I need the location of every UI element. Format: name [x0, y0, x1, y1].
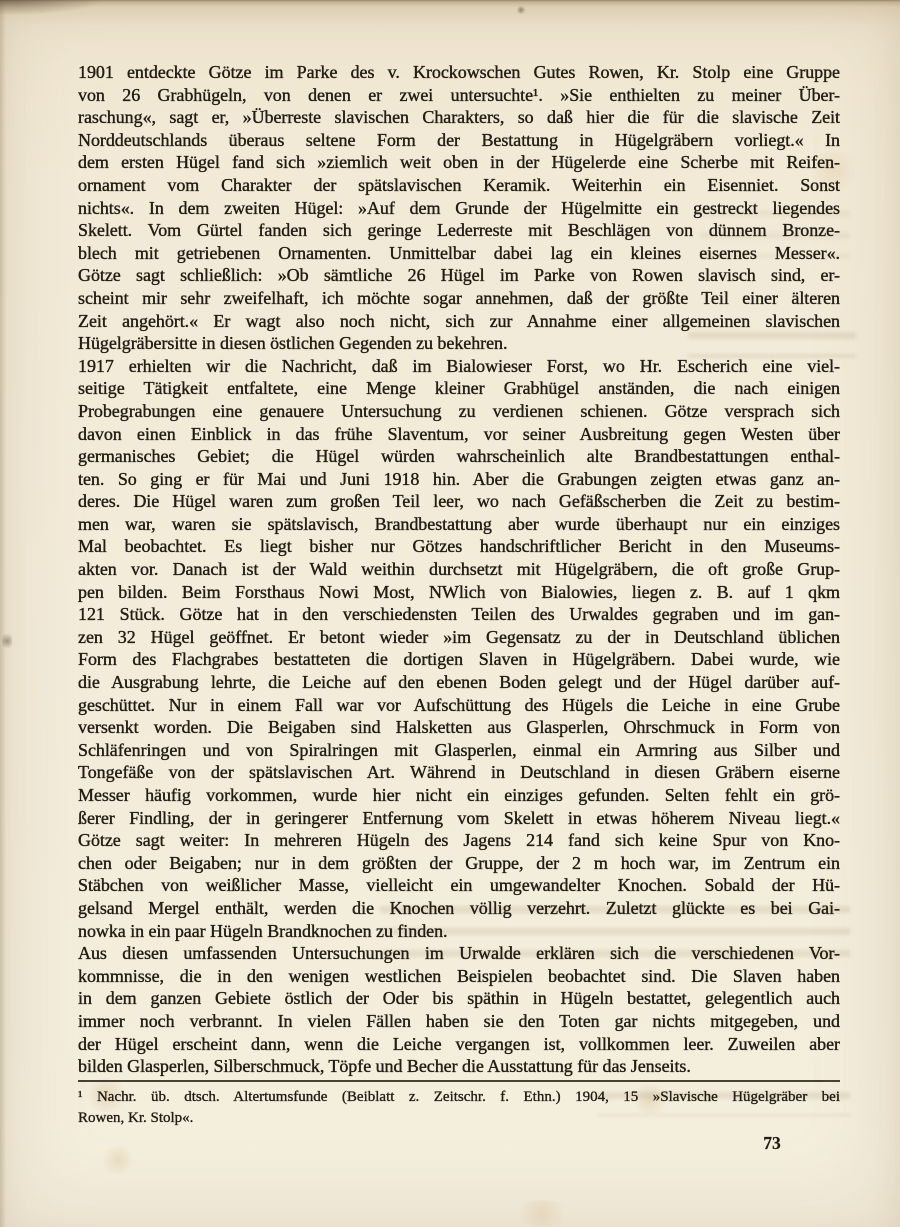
text-line: Zeit angehört.« Er wagt also noch nicht,…	[78, 310, 840, 333]
text-line: 121 Stück. Götze hat in den verschiedens…	[78, 603, 840, 626]
text-line: geschüttet. Nur in einem Fall war vor Au…	[78, 694, 840, 717]
text-line: Tongefäße von der spätslavischen Art. Wä…	[78, 761, 840, 784]
text-line: bilden Glasperlen, Silberschmuck, Töpfe …	[78, 1055, 840, 1078]
text-line: raschung«, sagt er, »Überreste slavische…	[78, 106, 840, 129]
text-line: davon einen Einblick in das frühe Slaven…	[78, 423, 840, 446]
text-line: deres. Die Hügel waren zum großen Teil l…	[78, 490, 840, 513]
text-line: blech mit getriebenen Ornamenten. Unmitt…	[78, 242, 840, 265]
text-line: zen 32 Hügel geöffnet. Er betont wieder …	[78, 626, 840, 649]
text-line: die Ausgrabung lehrte, die Leiche auf de…	[78, 671, 840, 694]
text-line: ten. So ging er für Mai und Juni 1918 hi…	[78, 468, 840, 491]
text-line: germanisches Gebiet; die Hügel würden wa…	[78, 445, 840, 468]
text-line: Götze sagt weiter: In mehreren Hügeln de…	[78, 829, 840, 852]
text-line: Rowen, Kr. Stolp«.	[78, 1108, 840, 1129]
text-line: men war, waren sie spätslavisch, Brandbe…	[78, 513, 840, 536]
text-line: gelsand Mergel enthält, werden die Knoch…	[78, 897, 840, 920]
paragraph-conclusion: Aus diesen umfassenden Untersuchungen im…	[78, 942, 840, 1078]
text-line: Probegrabungen eine genauere Untersuchun…	[78, 400, 840, 423]
scanned-book-page: 1901 entdeckte Götze im Parke des v. Kro…	[0, 0, 900, 1227]
text-line: chen oder Beigaben; nur in dem größten d…	[78, 852, 840, 875]
text-line: Aus diesen umfassenden Untersuchungen im…	[78, 942, 840, 965]
footnote-separator-rule	[78, 1080, 840, 1082]
body-text-column: 1901 entdeckte Götze im Parke des v. Kro…	[78, 61, 840, 1078]
text-line: immer noch verbrannt. In vielen Fällen h…	[78, 1010, 840, 1033]
text-line: von 26 Grabhügeln, von denen er zwei unt…	[78, 84, 840, 107]
text-line: ornament vom Charakter der spätslavische…	[78, 174, 840, 197]
text-line: ßerer Findling, der in geringerer Entfer…	[78, 807, 840, 830]
text-line: kommnisse, die in den wenigen westlichen…	[78, 965, 840, 988]
text-line: Mal beobachtet. Es liegt bisher nur Götz…	[78, 535, 840, 558]
text-line: der Hügel erscheint dann, wenn die Leich…	[78, 1033, 840, 1056]
text-line: pen bilden. Beim Forsthaus Nowi Most, NW…	[78, 581, 840, 604]
paragraph-rowen-1901: 1901 entdeckte Götze im Parke des v. Kro…	[78, 61, 840, 355]
scan-edge-left	[0, 0, 6, 1227]
text-line: 1901 entdeckte Götze im Parke des v. Kro…	[78, 61, 840, 84]
text-line: Götze sagt schließlich: »Ob sämtliche 26…	[78, 264, 840, 287]
text-line: nichts«. In dem zweiten Hügel: »Auf dem …	[78, 197, 840, 220]
text-line: scheint mir sehr zweifelhaft, ich möchte…	[78, 287, 840, 310]
footnote: ¹ Nachr. üb. dtsch. Altertumsfunde (Beib…	[78, 1087, 840, 1128]
paper-stain	[512, 1200, 572, 1226]
paper-stain	[100, 1146, 136, 1174]
text-line: akten vor. Danach ist der Wald weithin d…	[78, 558, 840, 581]
paragraph-bialowies-1917: 1917 erhielten wir die Nachricht, daß im…	[78, 355, 840, 942]
text-line: Hügelgräbersitte in diesen östlichen Geg…	[78, 332, 840, 355]
page-number: 73	[750, 1133, 794, 1154]
text-line: in dem ganzen Gebiete östlich der Oder b…	[78, 987, 840, 1010]
text-line: Stäbchen von weißlicher Masse, vielleich…	[78, 874, 840, 897]
text-line: 1917 erhielten wir die Nachricht, daß im…	[78, 355, 840, 378]
text-line: Messer häufig vorkommen, wurde hier nich…	[78, 784, 840, 807]
text-line: dem ersten Hügel fand sich »ziemlich wei…	[78, 151, 840, 174]
text-line: Norddeutschlands überaus seltene Form de…	[78, 129, 840, 152]
text-line: Schläfenringen und von Spiralringen mit …	[78, 739, 840, 762]
text-line: Form des Flachgrabes bestatteten die dor…	[78, 648, 840, 671]
text-line: versenkt worden. Die Beigaben sind Halsk…	[78, 716, 840, 739]
text-line: seitige Tätigkeit entfaltete, eine Menge…	[78, 377, 840, 400]
text-line: Skelett. Vom Gürtel fanden sich geringe …	[78, 219, 840, 242]
text-line: nowka in ein paar Hügeln Brandknochen zu…	[78, 920, 840, 943]
paper-stain	[516, 6, 526, 14]
scan-edge-corner	[0, 0, 150, 26]
text-line: ¹ Nachr. üb. dtsch. Altertumsfunde (Beib…	[78, 1087, 840, 1108]
